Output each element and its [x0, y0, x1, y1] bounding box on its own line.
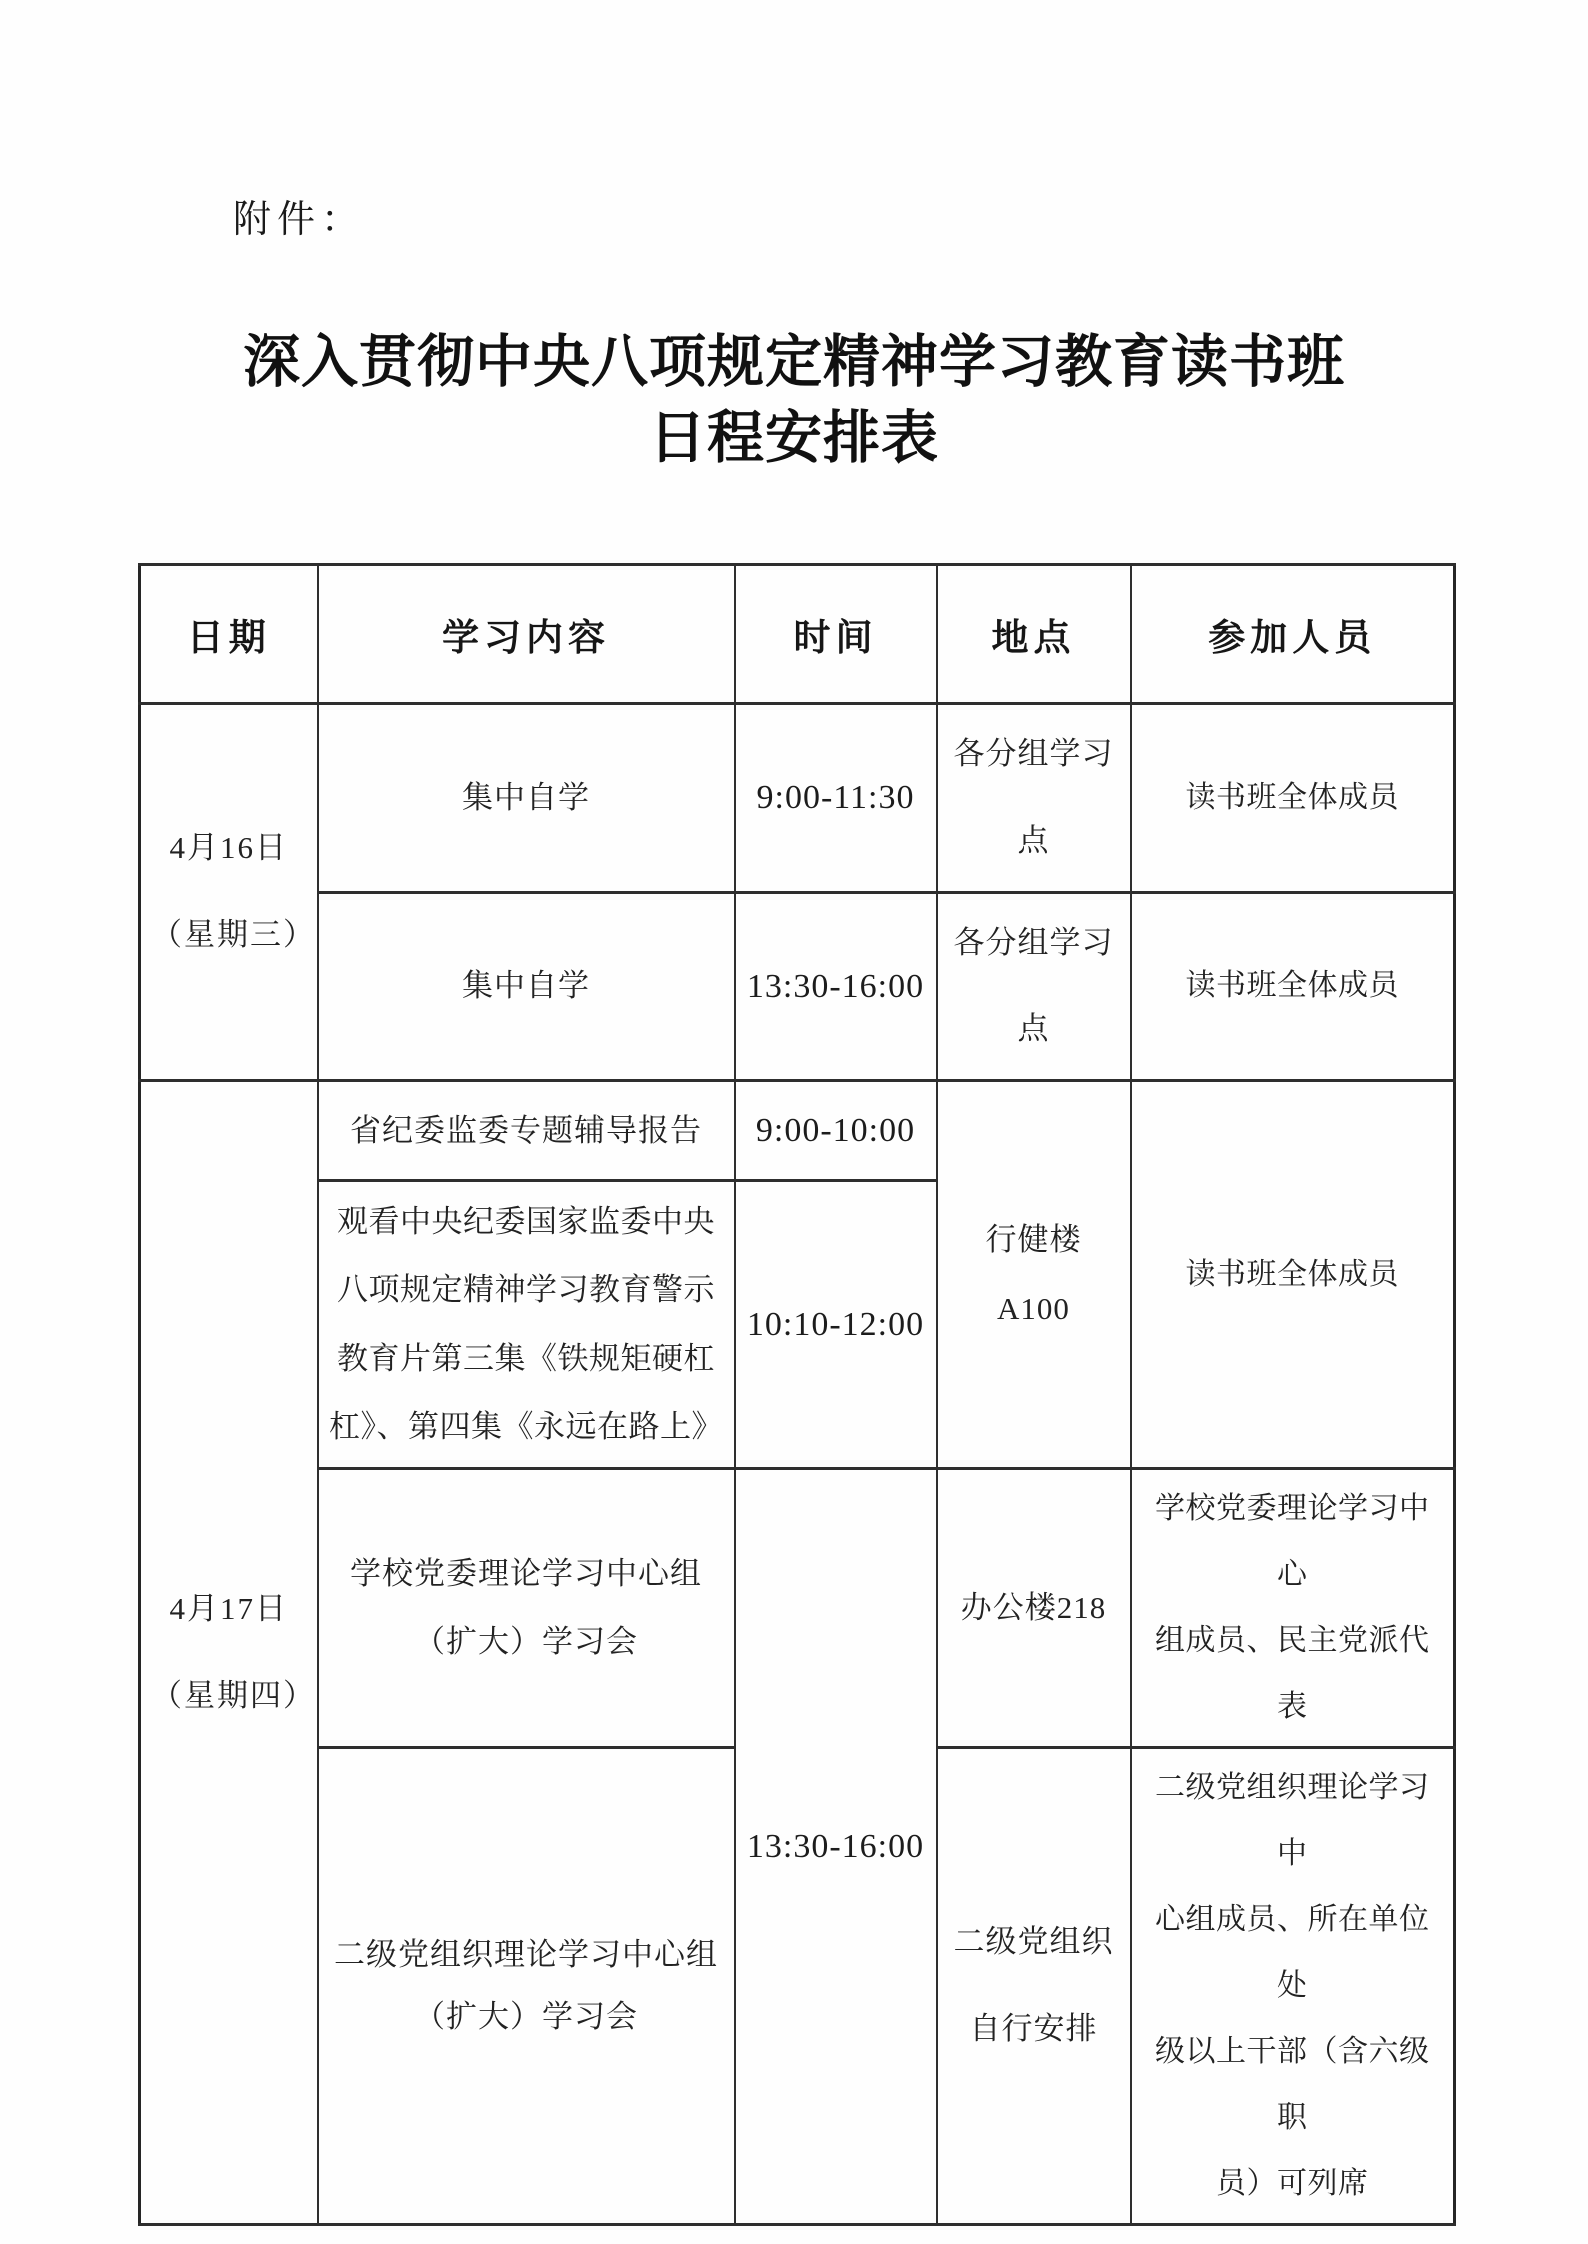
date-cell-apr16: 4月16日 （星期三）: [140, 704, 318, 1081]
time-cell-self-study-am: 9:00-11:30: [735, 704, 937, 893]
content-cell-lecture-report: 省纪委监委专题辅导报告: [318, 1081, 735, 1181]
time-cell-afternoon-apr17: 13:30-16:00: [735, 1469, 937, 2225]
content-cell-self-study-am: 集中自学: [318, 704, 735, 893]
column-header-content: 学习内容: [318, 565, 735, 704]
table-row: 4月17日 （星期四） 省纪委监委专题辅导报告 9:00-10:00 行健楼 A…: [140, 1081, 1455, 1181]
table-row: 4月16日 （星期三） 集中自学 9:00-11:30 各分组学习 点 读书班全…: [140, 704, 1455, 893]
column-header-date: 日期: [140, 565, 318, 704]
location-cell-secondary-party-arranged: 二级党组织 自行安排: [937, 1748, 1131, 2225]
content-cell-secondary-party-study: 二级党组织理论学习中心组 （扩大）学习会: [318, 1748, 735, 2225]
content-cell-school-committee-study: 学校党委理论学习中心组 （扩大）学习会: [318, 1469, 735, 1748]
time-cell-lecture-report: 9:00-10:00: [735, 1081, 937, 1181]
location-cell-self-study-am: 各分组学习 点: [937, 704, 1131, 893]
table-row: 学校党委理论学习中心组 （扩大）学习会 13:30-16:00 办公楼218 学…: [140, 1469, 1455, 1748]
table-header-row: 日期 学习内容 时间 地点 参加人员: [140, 565, 1455, 704]
time-cell-warning-film: 10:10-12:00: [735, 1181, 937, 1469]
table-row: 集中自学 13:30-16:00 各分组学习 点 读书班全体成员: [140, 892, 1455, 1081]
column-header-participants: 参加人员: [1131, 565, 1455, 704]
location-cell-xingjian-building: 行健楼 A100: [937, 1081, 1131, 1469]
schedule-table: 日期 学习内容 时间 地点 参加人员 4月16日 （星期三） 集中自学 9:00…: [138, 563, 1456, 2226]
participants-cell-school-committee: 学校党委理论学习中心 组成员、民主党派代表: [1131, 1469, 1455, 1748]
participants-cell-self-study-am: 读书班全体成员: [1131, 704, 1455, 893]
participants-cell-self-study-pm: 读书班全体成员: [1131, 892, 1455, 1081]
date-cell-apr17: 4月17日 （星期四）: [140, 1081, 318, 2225]
attachment-label: 附件：: [233, 188, 365, 243]
column-header-location: 地点: [937, 565, 1131, 704]
scanned-document-page: 附件： 深入贯彻中央八项规定精神学习教育读书班 日程安排表 日期 学习内容 时间…: [0, 0, 1588, 2244]
location-cell-office-building-218: 办公楼218: [937, 1469, 1131, 1748]
location-cell-self-study-pm: 各分组学习 点: [937, 892, 1131, 1081]
participants-cell-morning-apr17: 读书班全体成员: [1131, 1081, 1455, 1469]
column-header-time: 时间: [735, 565, 937, 704]
document-title: 深入贯彻中央八项规定精神学习教育读书班 日程安排表: [0, 325, 1588, 477]
content-cell-self-study-pm: 集中自学: [318, 892, 735, 1081]
time-cell-self-study-pm: 13:30-16:00: [735, 892, 937, 1081]
title-line-1: 深入贯彻中央八项规定精神学习教育读书班: [0, 325, 1588, 401]
content-cell-warning-film: 观看中央纪委国家监委中央 八项规定精神学习教育警示 教育片第三集《铁规矩硬杠 杠…: [318, 1181, 735, 1469]
title-line-2: 日程安排表: [0, 401, 1588, 477]
participants-cell-secondary-party: 二级党组织理论学习中 心组成员、所在单位处 级以上干部（含六级职 员）可列席: [1131, 1748, 1455, 2225]
